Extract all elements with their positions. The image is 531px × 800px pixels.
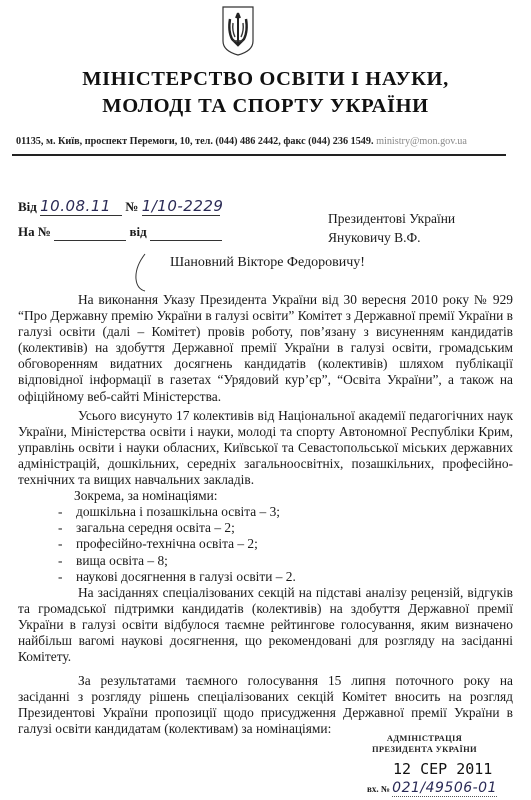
nomination-item: -наукові досягнення в галузі освіти – 2. [18,569,513,585]
nomination-item: -загальна середня освіта – 2; [18,520,513,536]
ministry-email: ministry@mon.gov.ua [376,136,467,147]
nominations-list: -дошкільна і позашкільна освіта – 3; -за… [18,504,513,584]
recipient-block: Президентові України Януковичу В.Ф. [328,209,455,247]
incoming-stamp: АДМІНІСТРАЦІЯ ПРЕЗИДЕНТА УКРАЇНИ [372,733,477,755]
letter-body: На виконання Указу Президента України ві… [18,292,513,738]
stamp-line2: ПРЕЗИДЕНТА УКРАЇНИ [372,744,477,755]
letterhead-divider [12,154,506,156]
coat-of-arms-icon [221,5,255,57]
stamp-line1: АДМІНІСТРАЦІЯ [372,733,477,744]
paragraph-1: На виконання Указу Президента України ві… [18,292,513,405]
inbox-number-handwritten: 021/49506-01 [392,780,497,797]
from-date-handwritten: 10.08.11 [40,197,122,216]
reply-date-blank [150,224,222,241]
nomination-item: -професійно-технічна освіта – 2; [18,536,513,552]
outgoing-reference: Від 10.08.11 № 1/10-2229 [18,197,220,216]
ministry-address: 01135, м. Київ, проспект Перемоги, 10, т… [16,136,467,147]
paragraph-4: За результатами таємного голосування 15 … [18,673,513,737]
recipient-name: Януковичу В.Ф. [328,228,455,247]
ministry-title-line2: МОЛОДІ ТА СПОРТУ УКРАЇНИ [0,93,531,119]
number-label: № [125,199,138,214]
reply-from-label: від [129,224,146,239]
greeting: Шановний Вікторе Федоровичу! [170,255,365,271]
paragraph-2: Усього висунуто 17 колективів від Націон… [18,408,513,488]
inbox-label: вх. № [367,784,390,794]
reply-reference: На № від [18,224,222,241]
inbox-number-row: вх. № 021/49506-01 [367,780,497,796]
recipient-title: Президентові України [328,209,455,228]
nominations-intro: Зокрема, за номінаціями: [18,488,513,504]
address-text: 01135, м. Київ, проспект Перемоги, 10, т… [16,136,374,147]
paragraph-3: На засіданнях спеціалізованих секцій на … [18,585,513,665]
ministry-title-line1: МІНІСТЕРСТВО ОСВІТИ І НАУКИ, [0,66,531,92]
nomination-item: -дошкільна і позашкільна освіта – 3; [18,504,513,520]
stamp-date: 12 СЕР 2011 [393,760,492,778]
number-handwritten: 1/10-2229 [142,197,220,216]
reply-number-blank [54,224,126,241]
reply-number-label: На № [18,224,51,239]
nomination-item: -вища освіта – 8; [18,553,513,569]
from-label: Від [18,199,37,214]
handwritten-pen-mark [133,253,147,293]
